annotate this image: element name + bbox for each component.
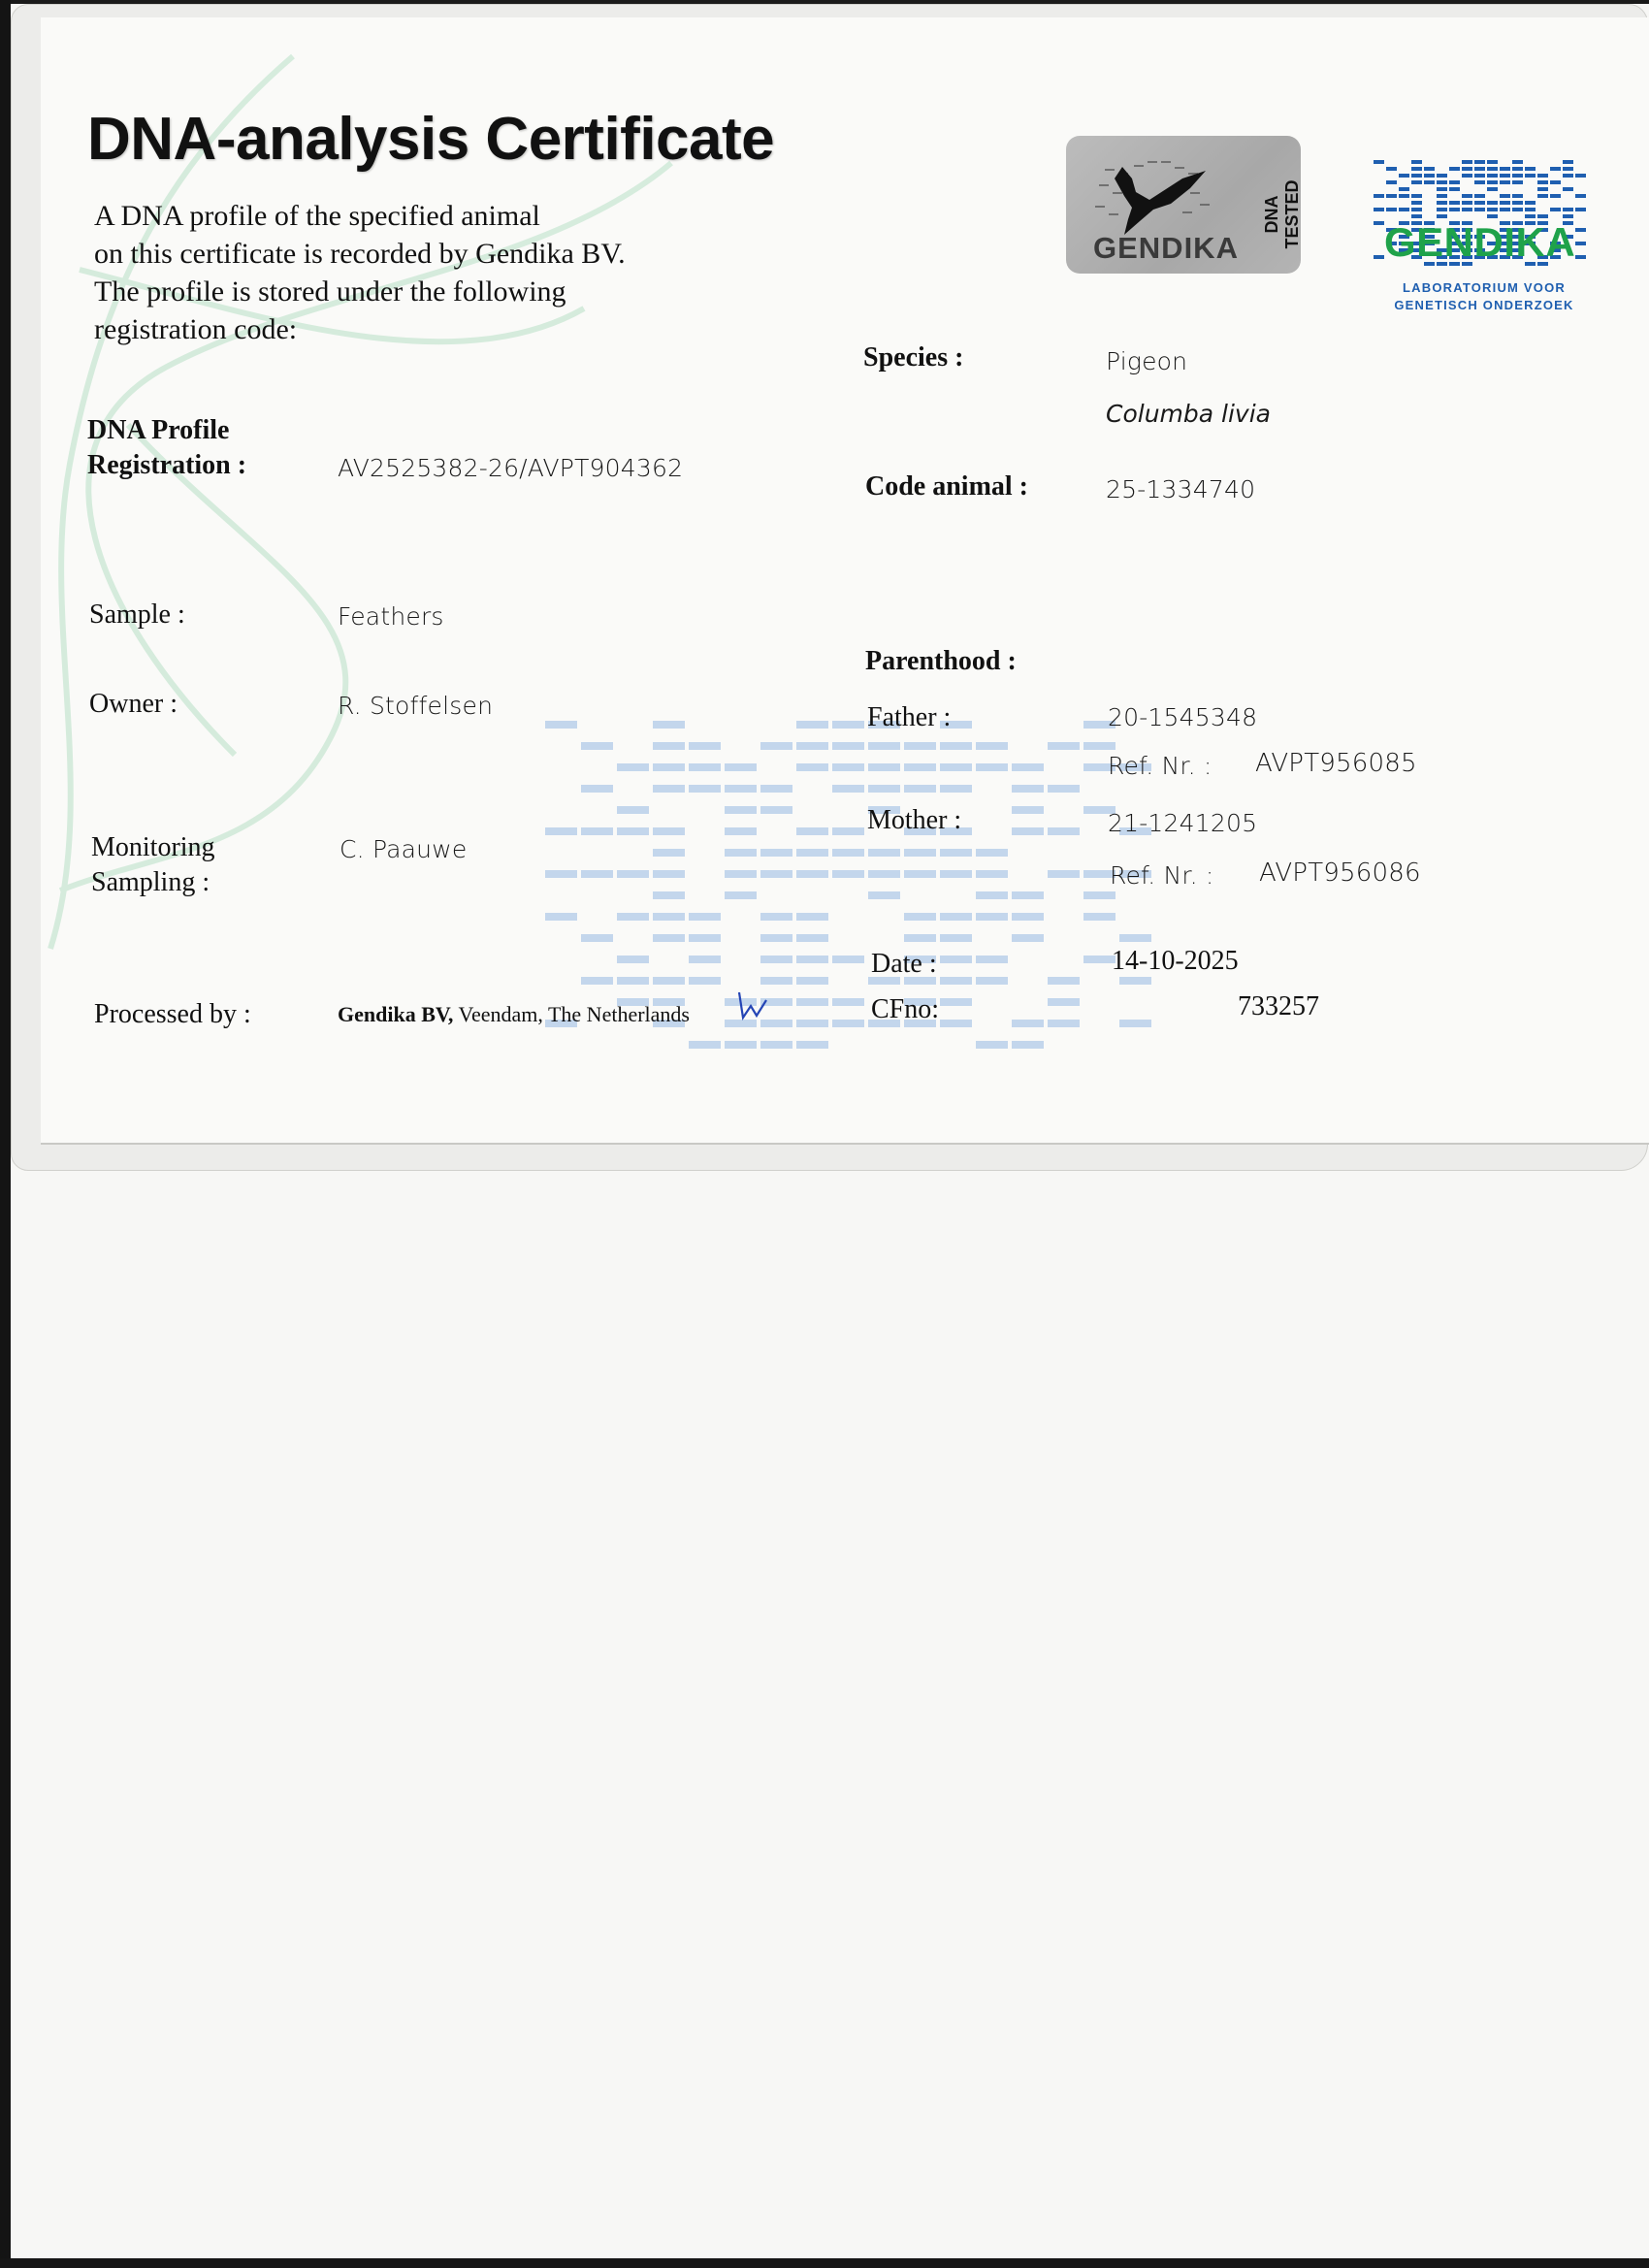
- processed-company: Gendika BV,: [338, 1002, 453, 1026]
- date-label: Date :: [871, 949, 937, 980]
- scan-border-bottom: [0, 2258, 1649, 2268]
- page-title: DNA-analysis Certificate: [87, 105, 774, 174]
- owner-value: R. Stoffelsen: [338, 692, 493, 720]
- seal-brand: GENDIKA: [1093, 231, 1239, 266]
- monitoring-label-line1: Monitoring: [91, 832, 215, 863]
- mother-ref-value: AVPT956086: [1259, 859, 1421, 888]
- mother-label: Mother :: [867, 805, 961, 836]
- seal-label: DNA TESTED: [1262, 161, 1301, 268]
- owner-label: Owner :: [89, 689, 178, 720]
- registration-label-line2: Registration :: [87, 450, 246, 481]
- intro-text: A DNA profile of the specified animal on…: [94, 197, 773, 348]
- species-common: Pigeon: [1106, 347, 1187, 375]
- mother-value: 21-1241205: [1108, 809, 1257, 837]
- logo-subtitle: LABORATORIUM VOOR GENETISCH ONDERZOEK: [1374, 279, 1594, 314]
- sample-label: Sample :: [89, 599, 185, 631]
- mother-ref-label: Ref. Nr. :: [1110, 861, 1214, 890]
- signature-initial-icon: [735, 987, 774, 1021]
- father-label: Father :: [867, 702, 951, 733]
- processed-location: Veendam, The Netherlands: [453, 1002, 690, 1026]
- processed-label: Processed by :: [94, 999, 251, 1030]
- father-value: 20-1545348: [1108, 703, 1257, 731]
- dna-helix-background-icon: [41, 17, 836, 1143]
- monitoring-value: C. Paauwe: [339, 835, 467, 863]
- cfno-value: 733257: [1238, 991, 1319, 1022]
- certificate-card: DNA-analysis Certificate A DNA profile o…: [41, 17, 1649, 1145]
- code-animal-label: Code animal :: [865, 471, 1028, 502]
- species-latin: Columba livia: [1106, 400, 1271, 428]
- registration-value: AV2525382-26/AVPT904362: [338, 454, 683, 482]
- father-ref-value: AVPT956085: [1255, 749, 1417, 778]
- pigeon-silhouette-icon: [1085, 149, 1221, 242]
- dna-tested-seal: GENDIKA DNA TESTED: [1066, 136, 1301, 274]
- logo-name: GENDIKA: [1384, 219, 1575, 266]
- father-ref-label: Ref. Nr. :: [1108, 752, 1212, 780]
- parenthood-label: Parenthood :: [865, 646, 1017, 677]
- cfno-label: CFno:: [871, 994, 939, 1025]
- species-label: Species :: [863, 342, 963, 373]
- plastic-sleeve: DNA-analysis Certificate A DNA profile o…: [11, 4, 1648, 1171]
- sample-value: Feathers: [338, 602, 444, 631]
- logo-subtitle-line: GENETISCH ONDERZOEK: [1374, 297, 1594, 314]
- date-value: 14-10-2025: [1112, 946, 1239, 977]
- intro-line: A DNA profile of the specified animal: [94, 197, 773, 235]
- logo-subtitle-line: LABORATORIUM VOOR: [1374, 279, 1594, 297]
- intro-line: The profile is stored under the followin…: [94, 273, 773, 310]
- intro-line: on this certificate is recorded by Gendi…: [94, 235, 773, 273]
- scan-border-left: [0, 0, 11, 2268]
- monitoring-label-line2: Sampling :: [91, 867, 210, 898]
- processed-value: Gendika BV, Veendam, The Netherlands: [338, 1002, 690, 1027]
- intro-line: registration code:: [94, 310, 773, 348]
- code-animal-value: 25-1334740: [1106, 475, 1255, 503]
- registration-label-line1: DNA Profile: [87, 415, 229, 446]
